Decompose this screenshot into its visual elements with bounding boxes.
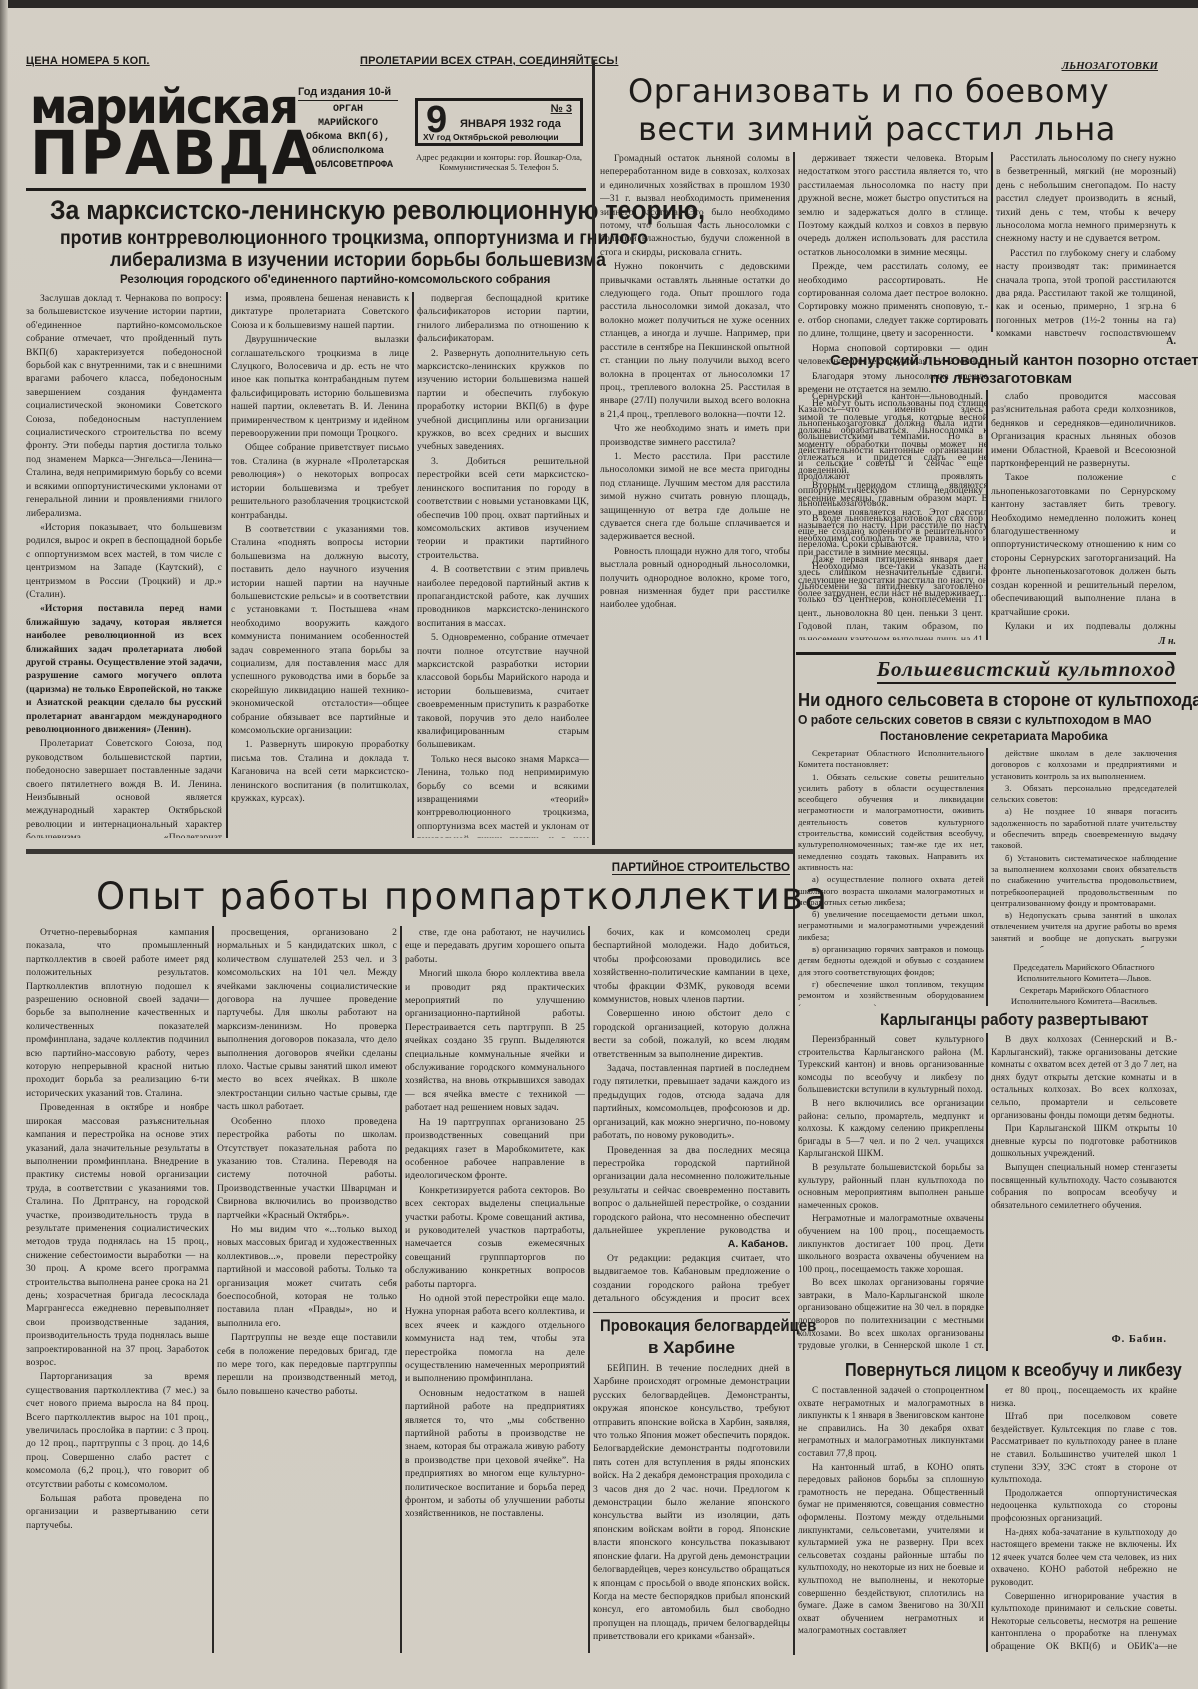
column-rule [986, 1384, 988, 1652]
party-col-2: просвещения, организовано 2 нормальных и… [217, 926, 397, 1653]
flax-article-col-1: Громадный остаток льняной соломы в непер… [600, 152, 790, 840]
karlygan-signature: Ф. Бабин. [991, 1334, 1167, 1345]
culture-headline-1: Ни одного сельсовета в стороне от культп… [798, 690, 1198, 711]
flax-article-col-3: Расстилать льносолому по снегу нужно в б… [996, 152, 1176, 336]
price-label: ЦЕНА НОМЕРА 5 КОП. [26, 55, 150, 67]
party-signature: А. Кабанов. [593, 1238, 788, 1250]
column-rule [986, 748, 988, 1006]
organ-line: МАРИЙСКОГО [298, 117, 398, 131]
organ-line: ОРГАН [298, 103, 398, 117]
editorial-note: От редакции: редакция считает, что выдви… [593, 1252, 790, 1308]
column-rule [226, 292, 228, 838]
main-article-col-3: подвергая беспощадной критике фальсифика… [417, 292, 589, 838]
section-rule [593, 1312, 790, 1313]
organ-line: и ОБЛСОВЕТПРОФА [298, 159, 398, 173]
sernur-col-2: слабо проводится массовая раз'яснительна… [991, 390, 1176, 634]
slogan: ПРОЛЕТАРИИ ВСЕХ СТРАН, СОЕДИНЯЙТЕСЬ! [360, 55, 618, 67]
flax-headline-2: вести зимний расстил льна [638, 110, 1116, 148]
sernur-headline-1: Сернурский льноводный кантон позорно отс… [830, 352, 1198, 369]
party-col-3: стве, где она работают, не научились еще… [405, 926, 585, 1653]
column-rule [412, 292, 414, 838]
decree-col-2: действие школам в деле заключения догово… [991, 748, 1177, 948]
karlygan-col-2: В двух колхозах (Сеннерский и В.-Карлыга… [991, 1033, 1177, 1323]
main-subhead: Резолюция городского об'единенного парти… [120, 274, 550, 286]
culture-banner: Большевистский культпоход [877, 657, 1176, 684]
editorial-address: Адрес редакции и конторы: гор. Йошкар-Ол… [415, 152, 583, 172]
section-tag-flax: ЛЬНОЗАГОТОВКИ [1062, 60, 1158, 72]
likbez-headline: Повернуться лицом к всеобучу и ликбезу [845, 1360, 1182, 1381]
page-divider [592, 60, 595, 845]
scan-top-edge [0, 0, 1198, 8]
party-headline: Опыт работы промпартколлектива [96, 875, 829, 918]
harbin-headline-2: в Харбине [593, 1338, 790, 1358]
main-headline-2: против контрреволюционного троцкизма, оп… [60, 228, 648, 250]
party-col-4: бочих, как и комсомолец среди беспартийн… [593, 926, 790, 1238]
section-tag-party: ПАРТИЙНОЕ СТРОИТЕЛЬСТВО [612, 862, 790, 875]
section-rule [796, 652, 1176, 655]
likbez-col-2: ет 80 проц., посещаемость их крайне низк… [991, 1384, 1177, 1652]
organ-block: Год издания 10-й ОРГАН МАРИЙСКОГО Обкома… [298, 86, 398, 173]
publication-year: Год издания 10-й [298, 86, 398, 101]
culture-headline-2: О работе сельских советов в связи с куль… [798, 712, 1152, 727]
issue-number: № 3 [551, 103, 572, 115]
section-rule-heavy [26, 849, 793, 854]
column-rule [212, 926, 214, 1653]
column-rule [588, 926, 590, 1653]
party-col-1: Отчетно-перевыборная кампания показала, … [26, 926, 209, 1653]
page-divider [793, 840, 795, 1655]
main-headline-3: либерализма в изучении истории борьбы бо… [110, 250, 606, 272]
scan-left-edge [0, 0, 8, 1689]
column-rule [793, 152, 795, 840]
column-rule [986, 1033, 988, 1351]
sernur-signature: Л н. [991, 636, 1176, 647]
sernur-headline-2: по льнозаготовкам [930, 370, 1072, 387]
main-article-col-2: изма, проявлена бешеная ненависть к дикт… [231, 292, 409, 838]
decree-signature-2: Секретарь Марийского Областного Исполнит… [991, 985, 1177, 1007]
harbin-headline-1: Провокация белогвардейцев [600, 1316, 816, 1336]
main-article-col-1: Заслушав доклад т. Чернакова по вопросу:… [26, 292, 222, 838]
flax-signature: А. [996, 336, 1176, 347]
decree-signature-1: Председатель Марийского Областного Испол… [991, 962, 1177, 984]
harbin-body: БЕЙПИН. В течение последних дней в Харби… [593, 1362, 790, 1654]
revolution-year: XV год Октябрьской революции [423, 132, 559, 142]
likbez-col-1: С поставленной задачей о стопроцентном о… [798, 1384, 984, 1652]
column-rule [400, 926, 402, 1653]
karlygan-col-1: Переизбранный совет культурного строител… [798, 1033, 984, 1351]
flax-headline-1: Организовать и по боевому [628, 72, 1109, 110]
sernur-col-1: Сернурский кантон—льноводный. Казалось—ч… [798, 390, 983, 640]
date-box: 9 № 3 ЯНВАРЯ 1932 года XV год Октябрьско… [415, 98, 583, 146]
column-rule [991, 152, 993, 332]
issue-month-year: ЯНВАРЯ 1932 года [460, 118, 561, 130]
newspaper-page: ЦЕНА НОМЕРА 5 КОП. ПРОЛЕТАРИИ ВСЕХ СТРАН… [0, 0, 1198, 1689]
decree-title: Постановление секретариата Маробика [880, 731, 1108, 743]
organ-line: Облисполкома [298, 145, 398, 159]
organ-line: Обкома ВКП(б), [298, 131, 398, 145]
masthead-title-line2: ПРАВДА [30, 127, 285, 180]
karlygan-headline: Карлыганцы работу развертывают [880, 1010, 1148, 1030]
column-rule [986, 390, 988, 640]
masthead-rule [26, 188, 586, 191]
masthead-logo: марийская ПРАВДА [30, 84, 285, 176]
